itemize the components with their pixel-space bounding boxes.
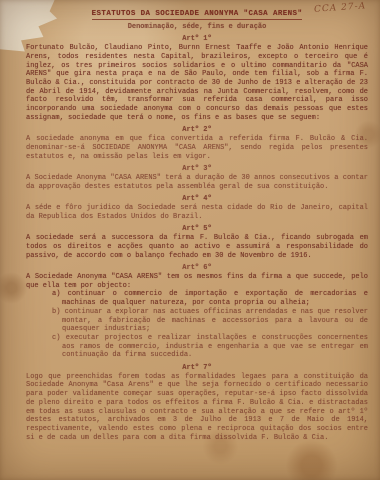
article-4: Artº 4º A séde e fôro juridico da Socied… (26, 195, 368, 221)
article-6-text: A Sociedade Anonyma "CASA ARENS" tem os … (26, 273, 368, 290)
article-7: Artº 7º Logo que preenchidas forem todas… (26, 364, 368, 442)
article-2: Artº 2º A sociedade anonyma em que fica … (26, 126, 368, 161)
article-2-text: A sociedade anonyma em que fica converti… (26, 135, 368, 161)
article-5: Artº 5º A sociedade será a successora da… (26, 225, 368, 260)
document-title: ESTATUTOS DA SOCIEDADE ANONYMA "CASA ARE… (26, 10, 368, 19)
article-4-heading: Artº 4º (26, 195, 368, 204)
article-3: Artº 3º A Sociedade Anonyma "CASA ARENS"… (26, 165, 368, 191)
article-4-text: A séde e fôro juridico da Sociedade será… (26, 204, 368, 221)
article-7-text: Logo que preenchidas forem todas as form… (26, 373, 368, 443)
article-6-clauses: a) continuar o commercio de importação e… (52, 290, 368, 360)
document-body: ESTATUTOS DA SOCIEDADE ANONYMA "CASA ARE… (26, 10, 368, 442)
article-1-heading: Artº 1º (26, 35, 368, 44)
article-3-text: A Sociedade Anonyma "CASA ARENS" terá a … (26, 174, 368, 191)
article-6-heading: Artº 6º (26, 264, 368, 273)
article-2-heading: Artº 2º (26, 126, 368, 135)
clause-c: c) executar projectos e realizar install… (52, 334, 368, 360)
clause-b: b) continuar a explorar nas actuaes offi… (52, 308, 368, 334)
article-5-heading: Artº 5º (26, 225, 368, 234)
clause-a: a) continuar o commercio de importação e… (52, 290, 368, 307)
article-1-text: Fortunato Bulcão, Claudiano Pinto, Burnn… (26, 44, 368, 122)
article-6: Artº 6º A Sociedade Anonyma "CASA ARENS"… (26, 264, 368, 360)
article-3-heading: Artº 3º (26, 165, 368, 174)
article-1: Artº 1º Fortunato Bulcão, Claudiano Pint… (26, 35, 368, 122)
article-5-text: A sociedade será a successora da firma F… (26, 234, 368, 260)
scanned-document-page: { "annotation": "CCA 27-A", "title": "ES… (0, 0, 380, 480)
article-7-heading: Artº 7º (26, 364, 368, 373)
document-subtitle: Denominação, séde, fins e duração (26, 23, 368, 32)
